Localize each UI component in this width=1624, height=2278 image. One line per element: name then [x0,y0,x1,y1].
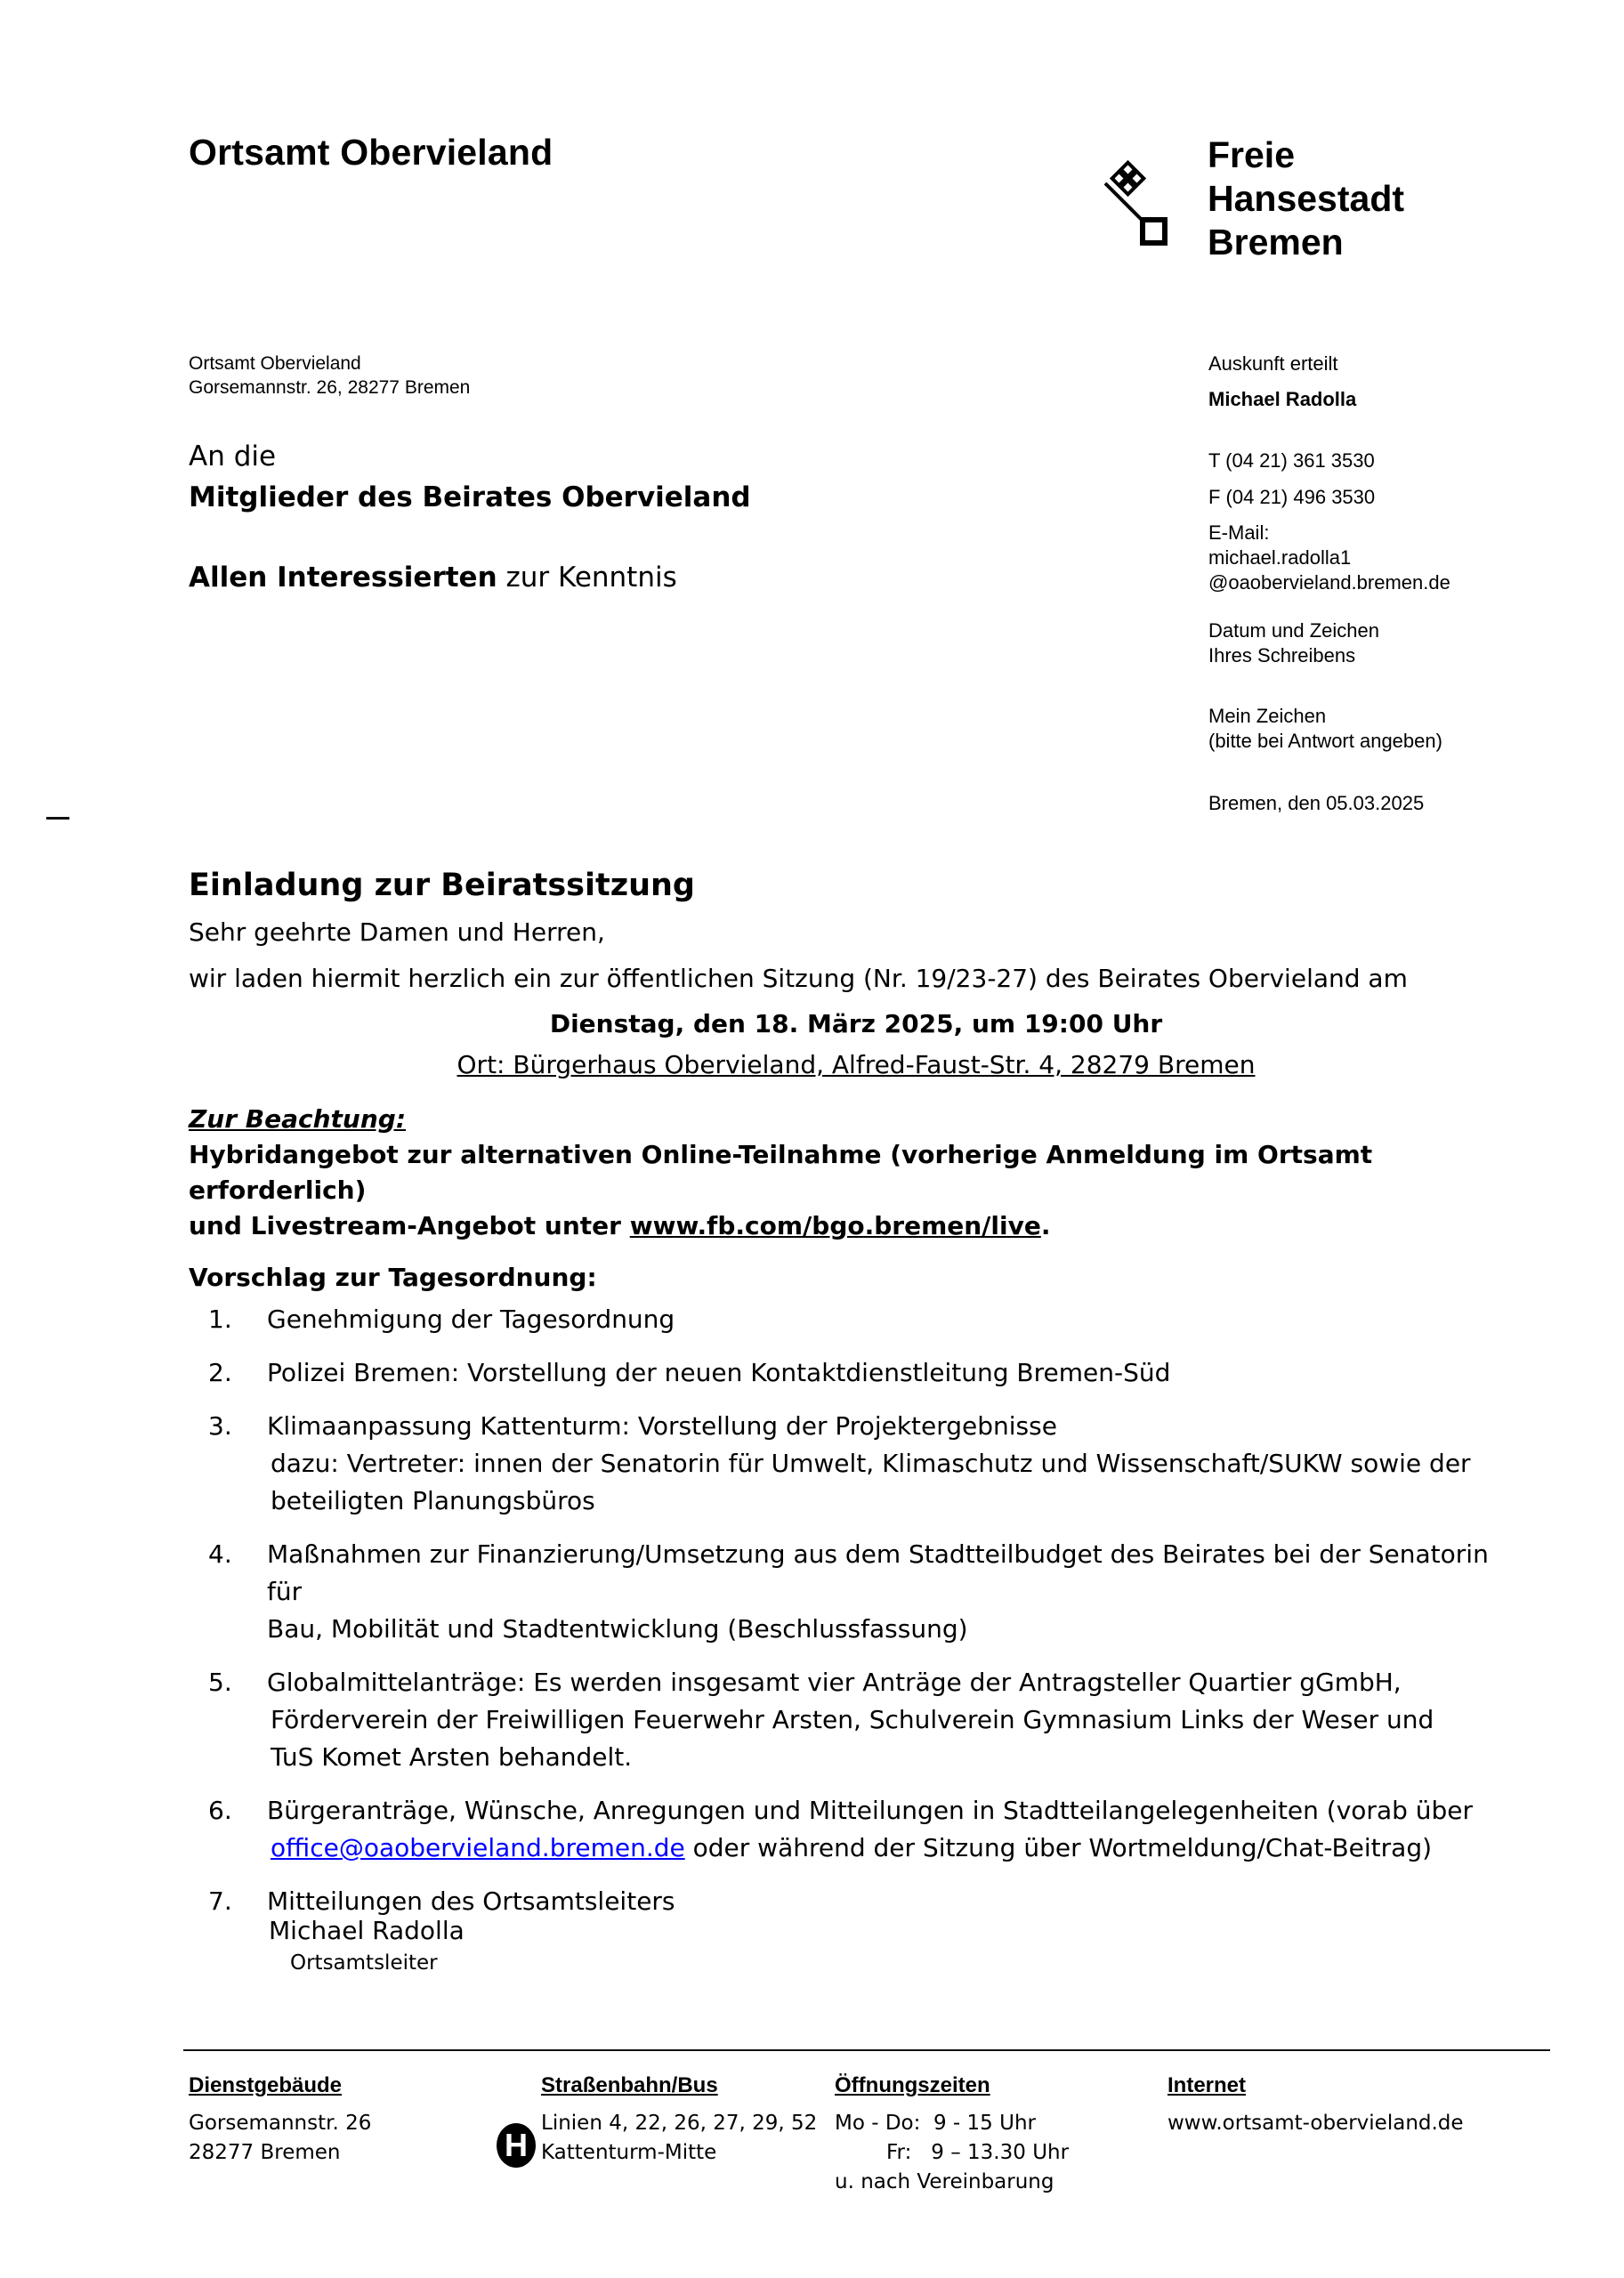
agenda-item: 4. Maßnahmen zur Finanzierung/Umsetzung … [189,1536,1523,1648]
agenda-text: TuS Komet Arsten behandelt. [267,1739,1523,1776]
contact-email-part1[interactable]: michael.radolla1 [1208,545,1450,570]
livestream-link[interactable]: www.fb.com/bgo.bremen/live [630,1211,1041,1240]
footer-building-heading: Dienstgebäude [189,2072,371,2100]
footer-building: Dienstgebäude Gorsemannstr. 26 28277 Bre… [189,2072,371,2168]
intro-paragraph: wir laden hiermit herzlich ein zur öffen… [189,956,1523,1002]
meeting-location: Ort: Bürgerhaus Obervieland, Alfred-Faus… [0,1046,1523,1084]
recipient-cc: Allen Interessierten zur Kenntnis [189,557,751,598]
agenda-item: 6. Bürgeranträge, Wünsche, Anregungen un… [189,1792,1523,1867]
note-livestream: und Livestream-Angebot unter www.fb.com/… [189,1208,1523,1244]
contact-info-column: Auskunft erteilt Michael Radolla T (04 2… [1208,351,1450,816]
footer-internet: Internet www.ortsamt-obervieland.de [1168,2072,1464,2138]
footer-hours-line: Mo - Do: 9 - 15 Uhr [835,2109,1069,2138]
footer-hours-line: Fr: 9 – 13.30 Uhr [835,2138,1069,2168]
footer-website-link[interactable]: www.ortsamt-obervieland.de [1168,2109,1464,2138]
recipient-cc-bold: Allen Interessierten [189,561,497,594]
contact-fax: F (04 21) 496 3530 [1208,485,1450,510]
your-reference-label-1: Datum und Zeichen [1208,618,1450,643]
footer-divider [183,2049,1550,2051]
meeting-date: Dienstag, den 18. März 2025, um 19:00 Uh… [0,1002,1523,1046]
agenda-item: 2. Polizei Bremen: Vorstellung der neuen… [189,1354,1523,1392]
agenda-text: oder während der Sitzung über Wortmeldun… [685,1833,1432,1862]
letter-body: Einladung zur Beiratssitzung Sehr geehrt… [189,861,1523,1936]
agenda-text: Genehmigung der Tagesordnung [267,1301,1523,1338]
agenda-number: 2. [189,1354,267,1392]
signature-block: Michael Radolla Ortsamtsleiter [269,1913,465,1977]
logo-line-bremen: Bremen [1208,221,1404,264]
agenda-item: 1. Genehmigung der Tagesordnung [189,1301,1523,1338]
sender-address: Ortsamt Obervieland Gorsemannstr. 26, 28… [189,351,470,400]
agenda-item: 5. Globalmittelanträge: Es werden insges… [189,1664,1523,1776]
bus-stop-h-icon: H [497,2123,536,2168]
footer-transit-line: Kattenturm-Mitte [541,2138,817,2168]
agenda-text: dazu: Vertreter: innen der Senatorin für… [267,1445,1523,1482]
contact-email-part2[interactable]: @oaobervieland.bremen.de [1208,570,1450,595]
agenda-text: Klimaanpassung Kattenturm: Vorstellung d… [267,1408,1523,1445]
footer-transit-heading: Straßenbahn/Bus [541,2072,817,2100]
agenda-list: 1. Genehmigung der Tagesordnung 2. Poliz… [189,1301,1523,1920]
bremen-key-icon [1103,160,1175,249]
note-livestream-prefix: und Livestream-Angebot unter [189,1211,630,1240]
agenda-text: Maßnahmen zur Finanzierung/Umsetzung aus… [267,1536,1523,1611]
footer-hours: Öffnungszeiten Mo - Do: 9 - 15 Uhr Fr: 9… [835,2072,1069,2197]
agenda-number: 6. [189,1792,267,1867]
footer-building-line: 28277 Bremen [189,2138,371,2168]
sender-street: Gorsemannstr. 26, 28277 Bremen [189,376,470,400]
agenda-number: 5. [189,1664,267,1776]
agenda-text: Globalmittelanträge: Es werden insgesamt… [267,1664,1523,1701]
agenda-text: Bürgeranträge, Wünsche, Anregungen und M… [267,1792,1523,1830]
footer-internet-heading: Internet [1168,2072,1464,2100]
salutation: Sehr geehrte Damen und Herren, [189,909,1523,956]
signature-name: Michael Radolla [269,1913,465,1949]
office-email-link[interactable]: office@oaobervieland.bremen.de [271,1833,685,1862]
contact-phone: T (04 21) 361 3530 [1208,448,1450,473]
note-livestream-suffix: . [1041,1211,1051,1240]
note-hybrid: Hybridangebot zur alternativen Online-Te… [189,1137,1523,1208]
agenda-item: 3. Klimaanpassung Kattenturm: Vorstellun… [189,1408,1523,1520]
logo-text: Freie Hansestadt Bremen [1208,133,1404,264]
footer-hours-line: u. nach Vereinbarung [835,2168,1069,2197]
letter-title: Einladung zur Beiratssitzung [189,861,1523,909]
contact-label: Auskunft erteilt [1208,351,1450,376]
bremen-logo: Freie Hansestadt Bremen [1103,133,1477,267]
footer-hours-heading: Öffnungszeiten [835,2072,1069,2100]
fold-mark [46,817,69,820]
footer-transit-line: Linien 4, 22, 26, 27, 29, 52 [541,2109,817,2138]
agenda-number: 4. [189,1536,267,1648]
agenda-text: Polizei Bremen: Vorstellung der neuen Ko… [267,1354,1523,1392]
agenda-title: Vorschlag zur Tagesordnung: [189,1260,1523,1296]
logo-line-freie: Freie [1208,133,1404,177]
note-title: Zur Beachtung: [189,1102,1523,1137]
your-reference-label-2: Ihres Schreibens [1208,643,1450,668]
footer-transit: Straßenbahn/Bus H Linien 4, 22, 26, 27, … [541,2072,817,2168]
logo-line-hansestadt: Hansestadt [1208,177,1404,221]
recipient-cc-rest: zur Kenntnis [497,561,677,594]
recipient-block: An die Mitglieder des Beirates Oberviela… [189,436,751,598]
recipient-members: Mitglieder des Beirates Obervieland [189,477,751,518]
agenda-text: Förderverein der Freiwilligen Feuerwehr … [267,1701,1523,1739]
letter-date: Bremen, den 05.03.2025 [1208,791,1450,816]
agenda-number: 7. [189,1883,267,1920]
my-reference-label-1: Mein Zeichen [1208,704,1450,729]
recipient-salutation: An die [189,436,751,477]
agenda-text: beteiligten Planungsbüros [267,1482,1523,1520]
agenda-number: 1. [189,1301,267,1338]
sender-name: Ortsamt Obervieland [189,351,470,376]
contact-name: Michael Radolla [1208,387,1450,412]
agenda-number: 3. [189,1408,267,1520]
footer-building-line: Gorsemannstr. 26 [189,2109,371,2138]
contact-email-label: E-Mail: [1208,521,1450,545]
my-reference-label-2: (bitte bei Antwort angeben) [1208,729,1450,754]
signature-role: Ortsamtsleiter [269,1949,465,1977]
organization-title: Ortsamt Obervieland [189,132,553,174]
agenda-text: Bau, Mobilität und Stadtentwicklung (Bes… [267,1611,1523,1648]
